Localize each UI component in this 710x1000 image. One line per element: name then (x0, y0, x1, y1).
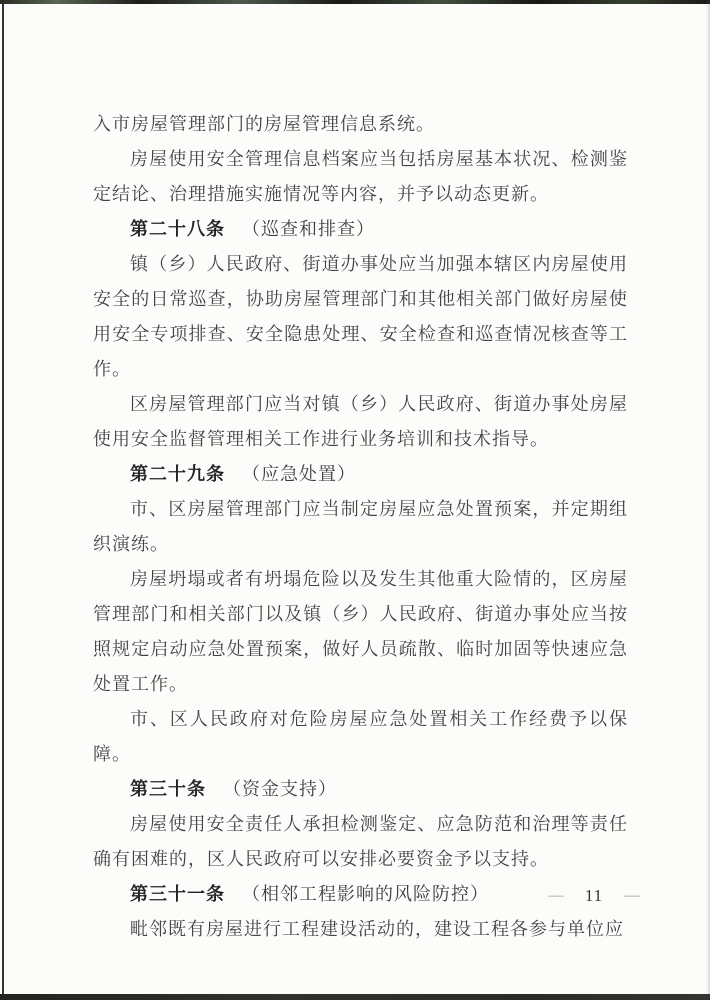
page-number: — 11 — (548, 886, 640, 906)
scan-edge-right (706, 0, 710, 1000)
scan-edge-left (2, 3, 4, 996)
article-title: （应急处置） (242, 464, 356, 484)
article-title: （相邻工程影响的风险防控） (242, 884, 489, 904)
article-heading: 第二十八条（巡查和排查） (93, 212, 628, 247)
article-title: （资金支持） (223, 779, 337, 799)
page-number-value: 11 (585, 886, 603, 906)
scan-edge-bottom (0, 994, 710, 1000)
article-title: （巡查和排查） (242, 219, 375, 239)
page-number-right-dash: — (624, 888, 640, 904)
paragraph: 房屋使用安全责任人承担检测鉴定、应急防范和治理等责任确有困难的，区人民政府可以安… (93, 807, 628, 877)
scan-edge-top (0, 0, 710, 4)
article-number: 第三十一条 (130, 884, 225, 904)
article-number: 第三十条 (130, 779, 206, 799)
document-body: 入市房屋管理部门的房屋管理信息系统。房屋使用安全管理信息档案应当包括房屋基本状况… (93, 107, 628, 947)
article-heading: 第二十九条（应急处置） (93, 457, 628, 492)
scanned-page: 入市房屋管理部门的房屋管理信息系统。房屋使用安全管理信息档案应当包括房屋基本状况… (0, 0, 710, 1000)
paragraph: 镇（乡）人民政府、街道办事处应当加强本辖区内房屋使用安全的日常巡查，协助房屋管理… (93, 247, 628, 387)
paragraph: 区房屋管理部门应当对镇（乡）人民政府、街道办事处房屋使用安全监督管理相关工作进行… (93, 387, 628, 457)
paragraph: 市、区人民政府对危险房屋应急处置相关工作经费予以保障。 (93, 702, 628, 772)
article-number: 第二十九条 (130, 464, 225, 484)
article-number: 第二十八条 (130, 219, 225, 239)
paragraph: 房屋坍塌或者有坍塌危险以及发生其他重大险情的，区房屋管理部门和相关部门以及镇（乡… (93, 562, 628, 702)
page-number-left-dash: — (548, 888, 564, 904)
paragraph: 房屋使用安全管理信息档案应当包括房屋基本状况、检测鉴定结论、治理措施实施情况等内… (93, 142, 628, 212)
paragraph: 市、区房屋管理部门应当制定房屋应急处置预案，并定期组织演练。 (93, 492, 628, 562)
paragraph: 毗邻既有房屋进行工程建设活动的，建设工程各参与单位应 (93, 912, 628, 947)
article-heading: 第三十条（资金支持） (93, 772, 628, 807)
paragraph: 入市房屋管理部门的房屋管理信息系统。 (93, 107, 628, 142)
